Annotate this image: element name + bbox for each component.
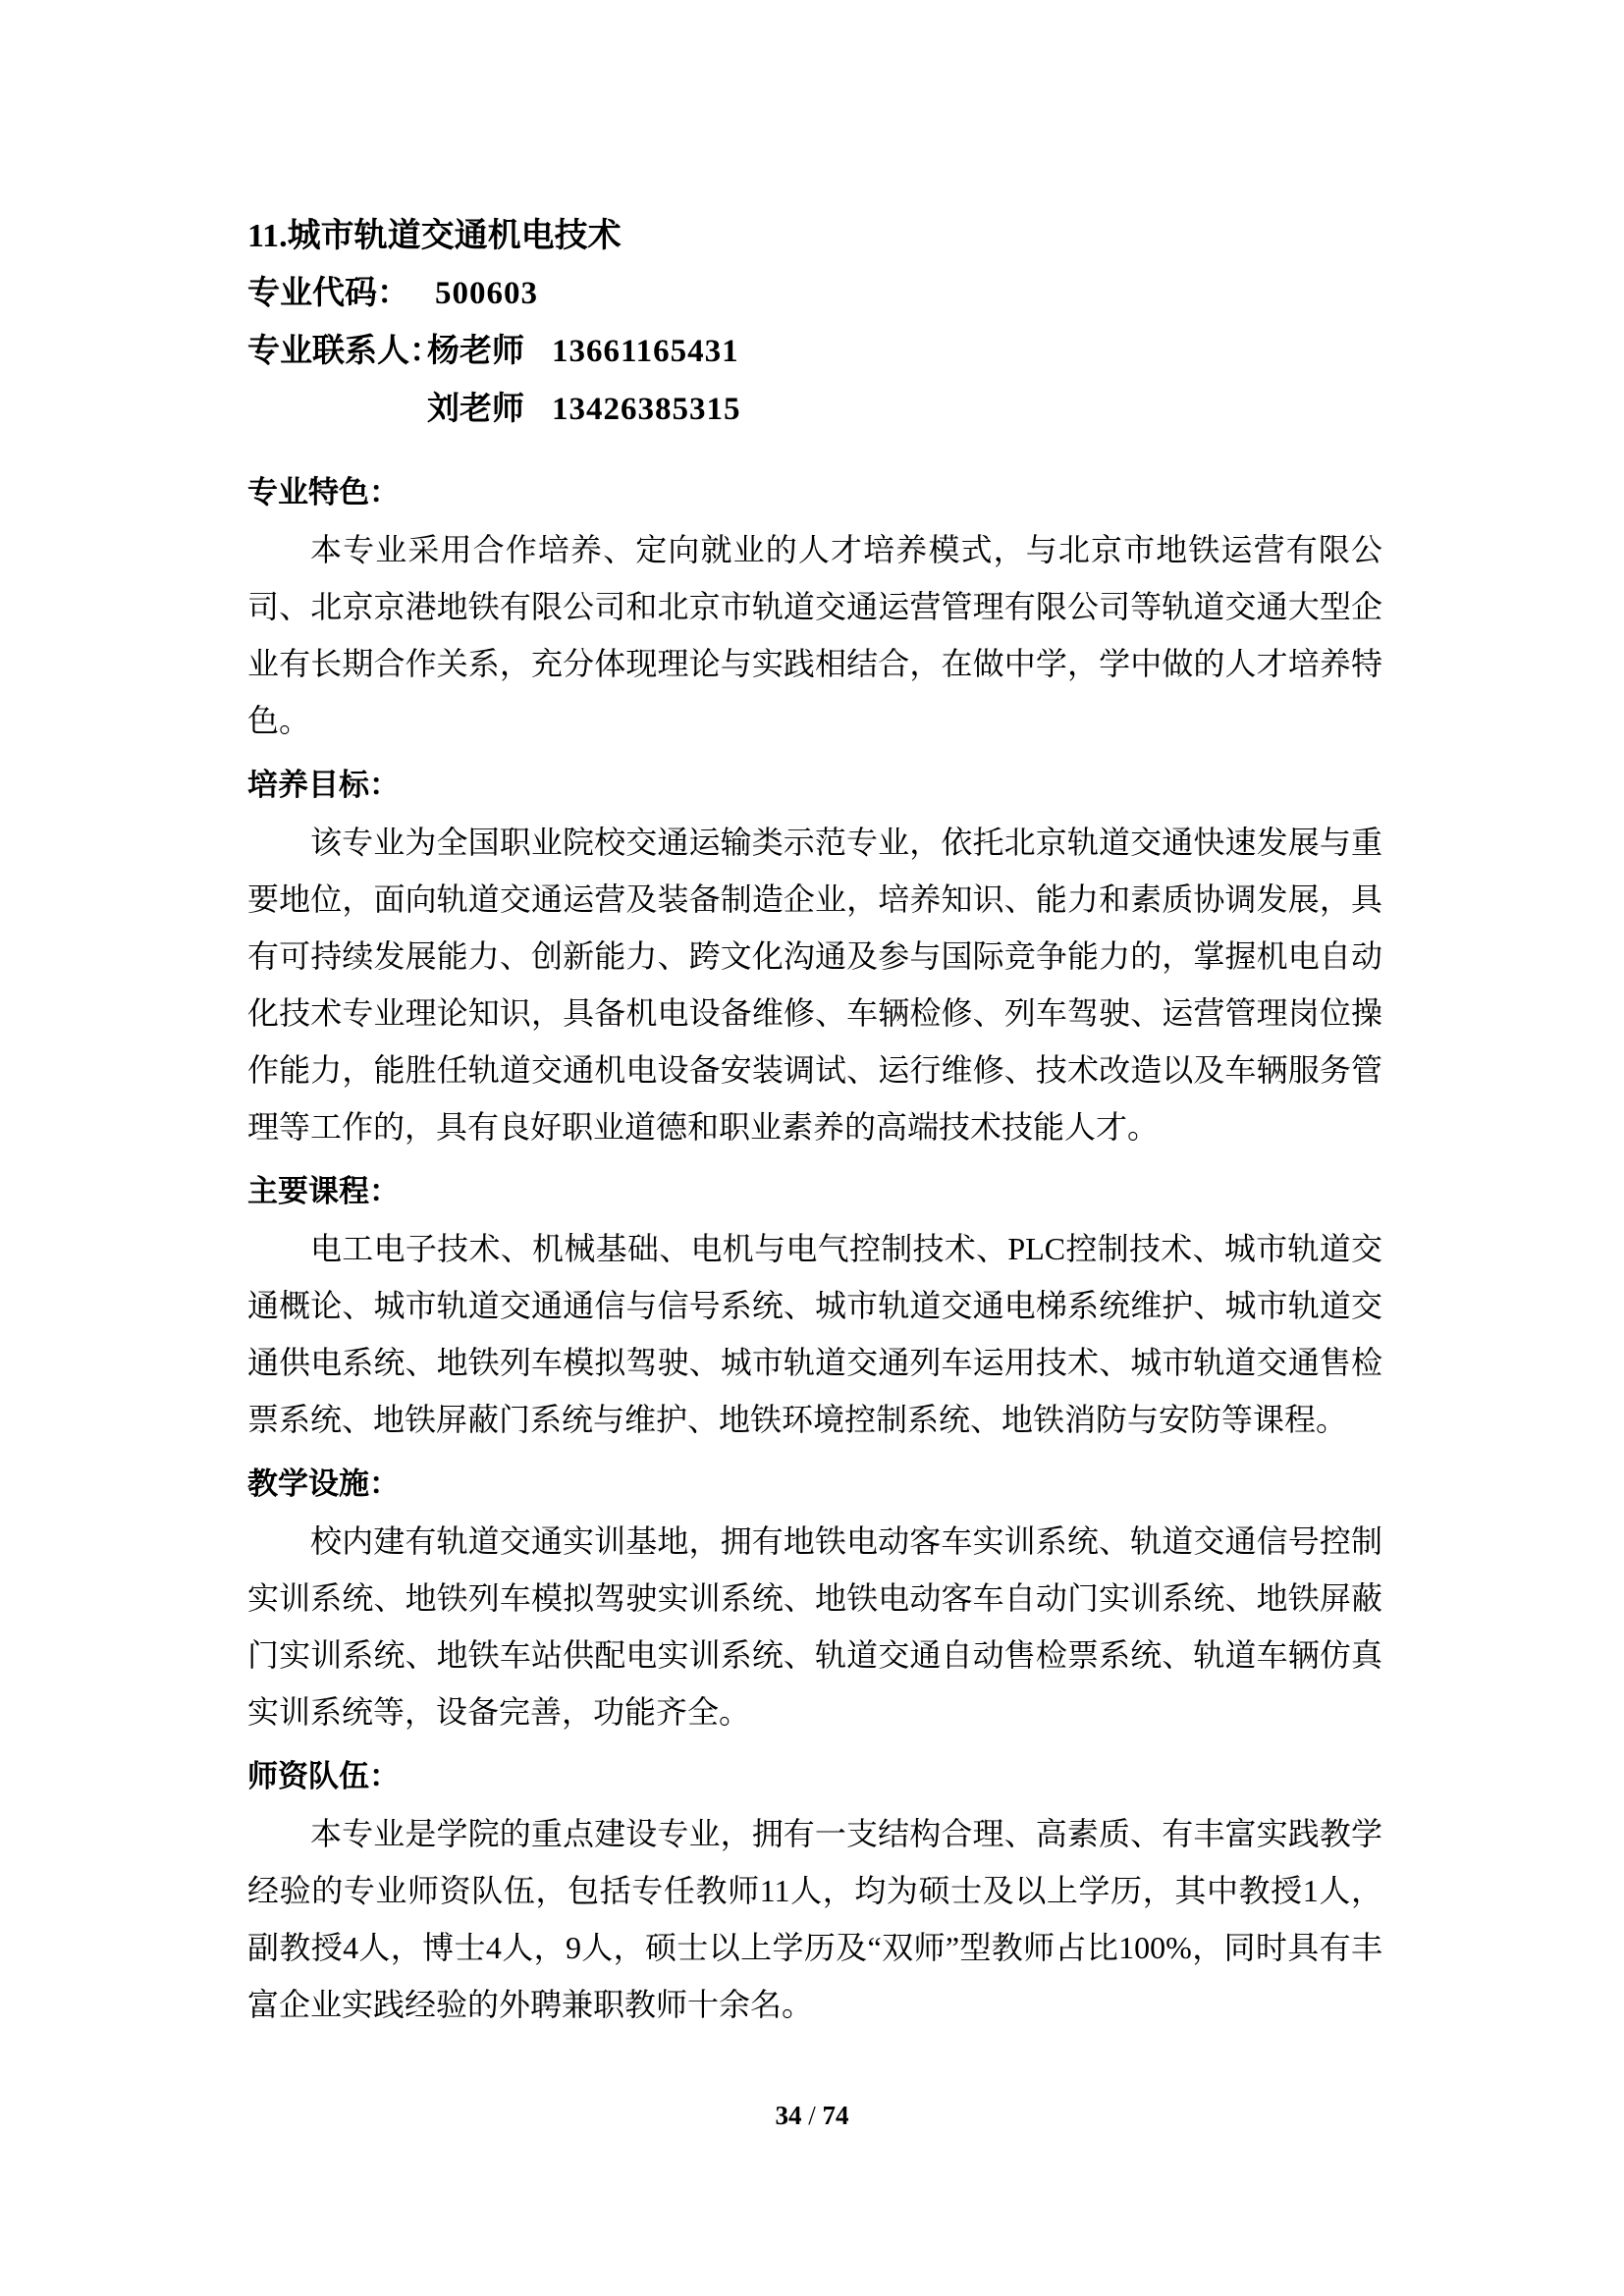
contact-row-primary: 专业联系人： 杨老师 13661165431 [247, 323, 1382, 381]
section-heading-main-courses: 主要课程： [247, 1163, 1382, 1220]
section-teaching-facilities: 教学设施： 校内建有轨道交通实训基地，拥有地铁电动客车实训系统、轨道交通信号控制… [247, 1456, 1382, 1740]
contact-row-secondary: 刘老师 13426385315 [247, 381, 1382, 439]
contact-phone-1: 13661165431 [552, 323, 739, 381]
major-code-row: 专业代码： 500603 [247, 265, 1382, 323]
section-main-courses: 主要课程： 电工电子技术、机械基础、电机与电气控制技术、PLC控制技术、城市轨道… [247, 1163, 1382, 1448]
document-page: 11.城市轨道交通机电技术 专业代码： 500603 专业联系人： 杨老师 13… [0, 0, 1624, 2296]
page-number-total: 74 [823, 2101, 849, 2130]
page-number-separator: / [801, 2101, 822, 2130]
section-paragraph-faculty: 本专业是学院的重点建设专业，拥有一支结构合理、高素质、有丰富实践教学经验的专业师… [247, 1805, 1382, 2033]
page-title: 11.城市轨道交通机电技术 [247, 208, 1382, 265]
section-faculty: 师资队伍： 本专业是学院的重点建设专业，拥有一支结构合理、高素质、有丰富实践教学… [247, 1748, 1382, 2033]
page-content: 11.城市轨道交通机电技术 专业代码： 500603 专业联系人： 杨老师 13… [247, 208, 1382, 2033]
section-heading-teaching-facilities: 教学设施： [247, 1456, 1382, 1513]
page-number-current: 34 [775, 2101, 801, 2130]
section-paragraph-main-courses: 电工电子技术、机械基础、电机与电气控制技术、PLC控制技术、城市轨道交通概论、城… [247, 1220, 1382, 1448]
section-training-objectives: 培养目标： 该专业为全国职业院校交通运输类示范专业，依托北京轨道交通快速发展与重… [247, 757, 1382, 1155]
section-heading-faculty: 师资队伍： [247, 1748, 1382, 1805]
contact-name-1: 杨老师 [427, 323, 552, 381]
section-paragraph-training-objectives: 该专业为全国职业院校交通运输类示范专业，依托北京轨道交通快速发展与重要地位，面向… [247, 814, 1382, 1155]
contact-label: 专业联系人： [247, 323, 427, 381]
section-major-features: 专业特色： 本专业采用合作培养、定向就业的人才培养模式，与北京市地铁运营有限公司… [247, 464, 1382, 749]
section-paragraph-teaching-facilities: 校内建有轨道交通实训基地，拥有地铁电动客车实训系统、轨道交通信号控制实训系统、地… [247, 1513, 1382, 1740]
major-code-label: 专业代码： [247, 265, 409, 323]
section-heading-training-objectives: 培养目标： [247, 757, 1382, 814]
contact-name-2: 刘老师 [427, 381, 552, 439]
section-paragraph-major-features: 本专业采用合作培养、定向就业的人才培养模式，与北京市地铁运营有限公司、北京京港地… [247, 521, 1382, 749]
contact-phone-2: 13426385315 [552, 381, 741, 439]
section-heading-major-features: 专业特色： [247, 464, 1382, 521]
major-code-value: 500603 [435, 265, 538, 323]
page-number: 34 / 74 [0, 2099, 1624, 2132]
